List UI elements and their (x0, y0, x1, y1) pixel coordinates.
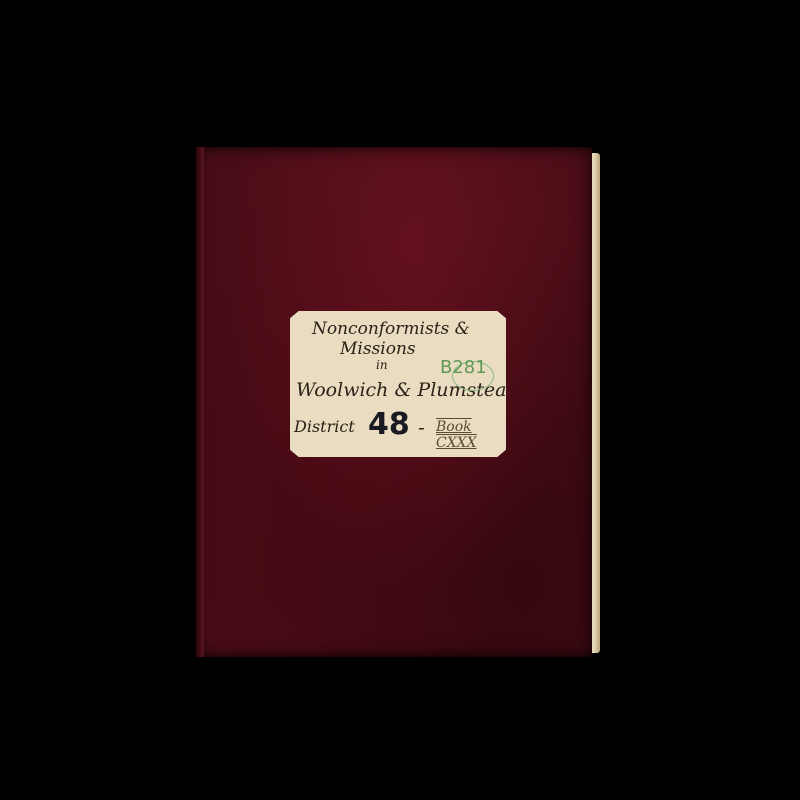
label-title-line1: Nonconformists & (312, 319, 470, 339)
book-number: Book CXXX (436, 419, 506, 451)
book-roman-numeral: CXXX (436, 435, 477, 451)
spine-edge (196, 147, 204, 657)
district-label: District (294, 417, 355, 436)
separator: - (418, 415, 425, 439)
book-label: Book (436, 419, 472, 435)
label-title-line2: Missions (340, 339, 416, 359)
notebook: Nonconformists & Missions in Woolwich & … (196, 147, 600, 657)
archive-stamp: B281 (440, 357, 487, 378)
district-number: 48 (368, 407, 410, 442)
notebook-cover: Nonconformists & Missions in Woolwich & … (196, 147, 592, 657)
cover-label: Nonconformists & Missions in Woolwich & … (290, 311, 506, 457)
label-title-line3: in (376, 358, 388, 372)
